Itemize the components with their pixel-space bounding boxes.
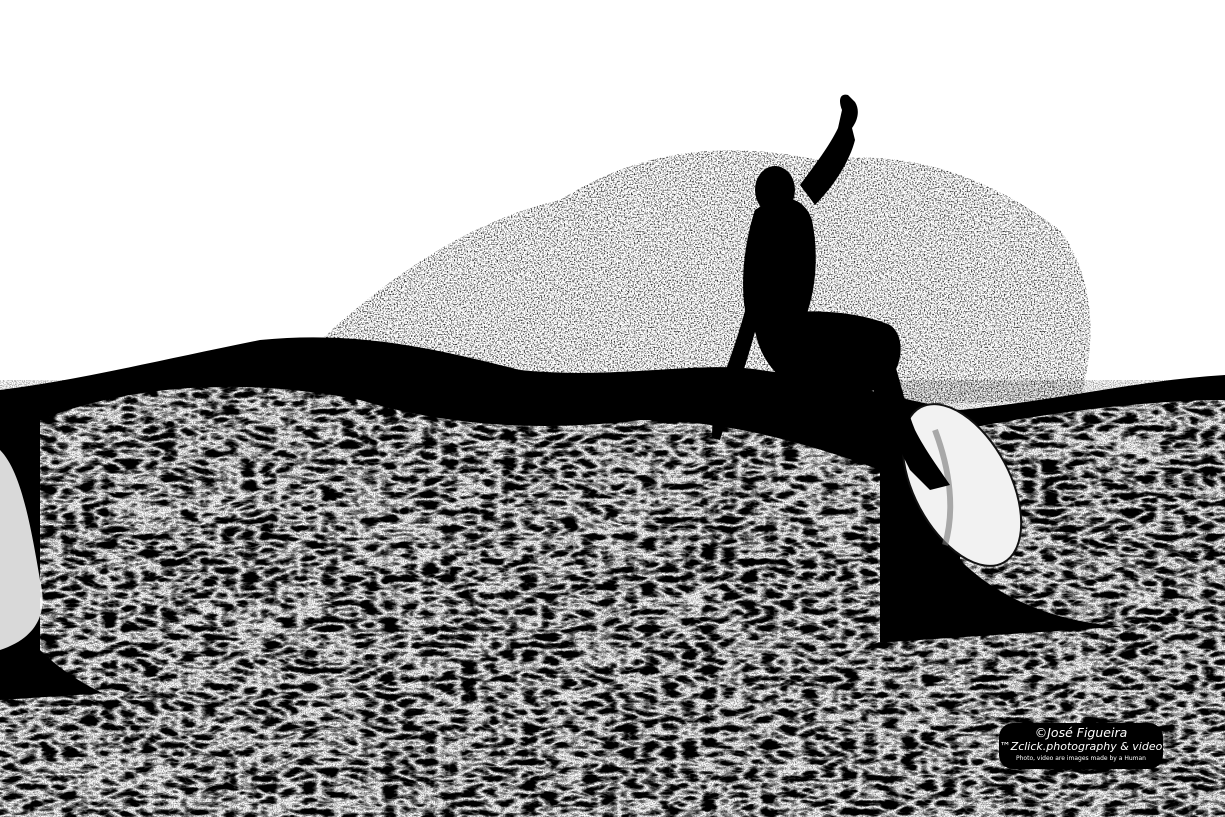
watermark-badge: ©José Figueira ™Zclick.photography & vid… bbox=[999, 723, 1163, 769]
watermark-author: ©José Figueira bbox=[999, 725, 1163, 740]
watermark-note: Photo, video are images made by a Human bbox=[999, 754, 1163, 764]
surfer-photo bbox=[0, 0, 1225, 817]
watermark-brand: ™Zclick.photography & video bbox=[999, 740, 1163, 754]
